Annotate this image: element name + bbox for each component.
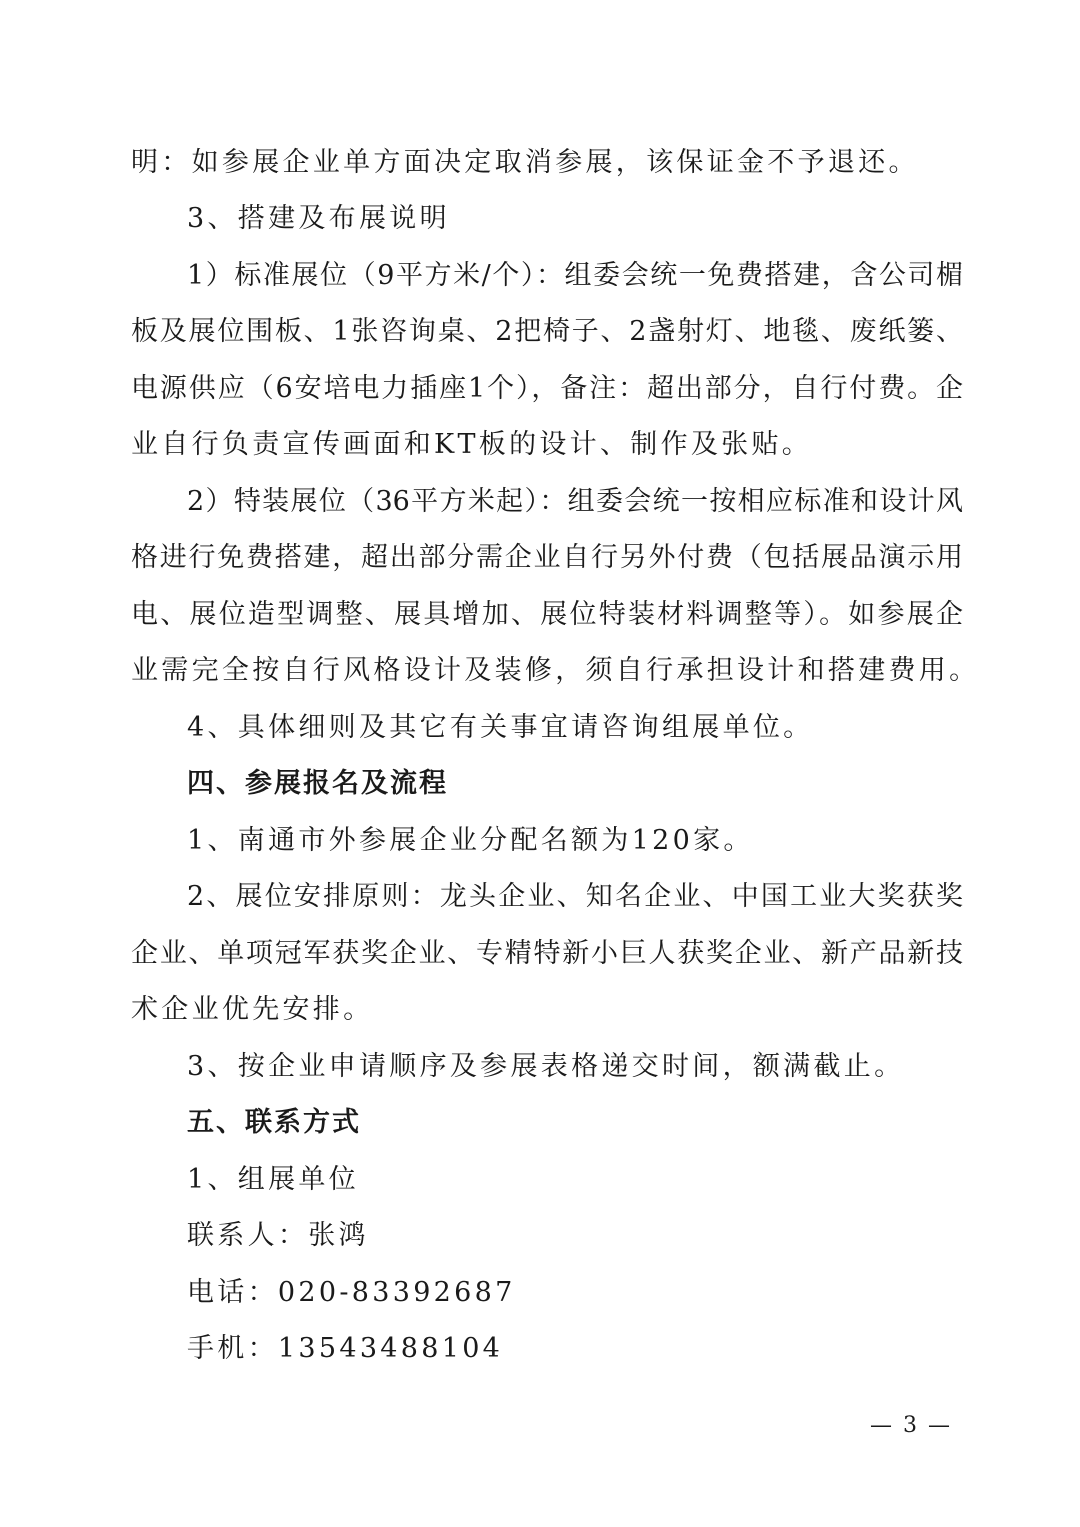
paragraph-line-deadline: 3、按企业申请顺序及参展表格递交时间，额满截止。: [187, 1047, 904, 1087]
page-number: — 3 —: [870, 1413, 952, 1438]
paragraph-line-special-booth: 2）特装展位（36平方米起）：组委会统一按相应标准和设计风: [187, 482, 963, 522]
section-heading-registration: 四、参展报名及流程: [187, 764, 448, 804]
paragraph-line: 格进行免费搭建，超出部分需企业自行另外付费（包括展品演示用: [131, 538, 963, 578]
contact-phone: 电话：020-83392687: [187, 1273, 516, 1313]
paragraph-line: 业需完全按自行风格设计及装修，须自行承担设计和搭建费用。: [131, 651, 979, 691]
paragraph-line-quota: 1、南通市外参展企业分配名额为120家。: [187, 821, 754, 861]
subsection-3-setup-title: 3、搭建及布展说明: [187, 199, 450, 239]
contact-person: 联系人：张鸿: [187, 1216, 369, 1256]
paragraph-line: 企业、单项冠军获奖企业、专精特新小巨人获奖企业、新产品新技: [131, 934, 963, 974]
contact-unit-label: 1、组展单位: [187, 1160, 359, 1200]
paragraph-line: 业自行负责宣传画面和KT板的设计、制作及张贴。: [131, 425, 812, 465]
paragraph-line-standard-booth: 1）标准展位（9平方米/个）：组委会统一免费搭建，含公司楣: [187, 256, 963, 296]
section-heading-contact: 五、联系方式: [187, 1103, 361, 1143]
document-page: 明：如参展企业单方面决定取消参展，该保证金不予退还。 3、搭建及布展说明 1）标…: [0, 0, 1080, 1527]
paragraph-line-deposit-note: 明：如参展企业单方面决定取消参展，该保证金不予退还。: [131, 143, 919, 183]
paragraph-line: 电源供应（6安培电力插座1个），备注：超出部分，自行付费。企: [131, 369, 963, 409]
paragraph-line-item-4: 4、具体细则及其它有关事宜请咨询组展单位。: [187, 708, 813, 748]
paragraph-line-arrangement: 2、展位安排原则：龙头企业、知名企业、中国工业大奖获奖: [187, 877, 963, 917]
contact-mobile: 手机：13543488104: [187, 1329, 503, 1369]
paragraph-line: 术企业优先安排。: [131, 990, 373, 1030]
paragraph-line: 板及展位围板、1张咨询桌、2把椅子、2盏射灯、地毯、废纸篓、: [131, 312, 963, 352]
paragraph-line: 电、展位造型调整、展具增加、展位特装材料调整等）。如参展企: [131, 595, 963, 635]
